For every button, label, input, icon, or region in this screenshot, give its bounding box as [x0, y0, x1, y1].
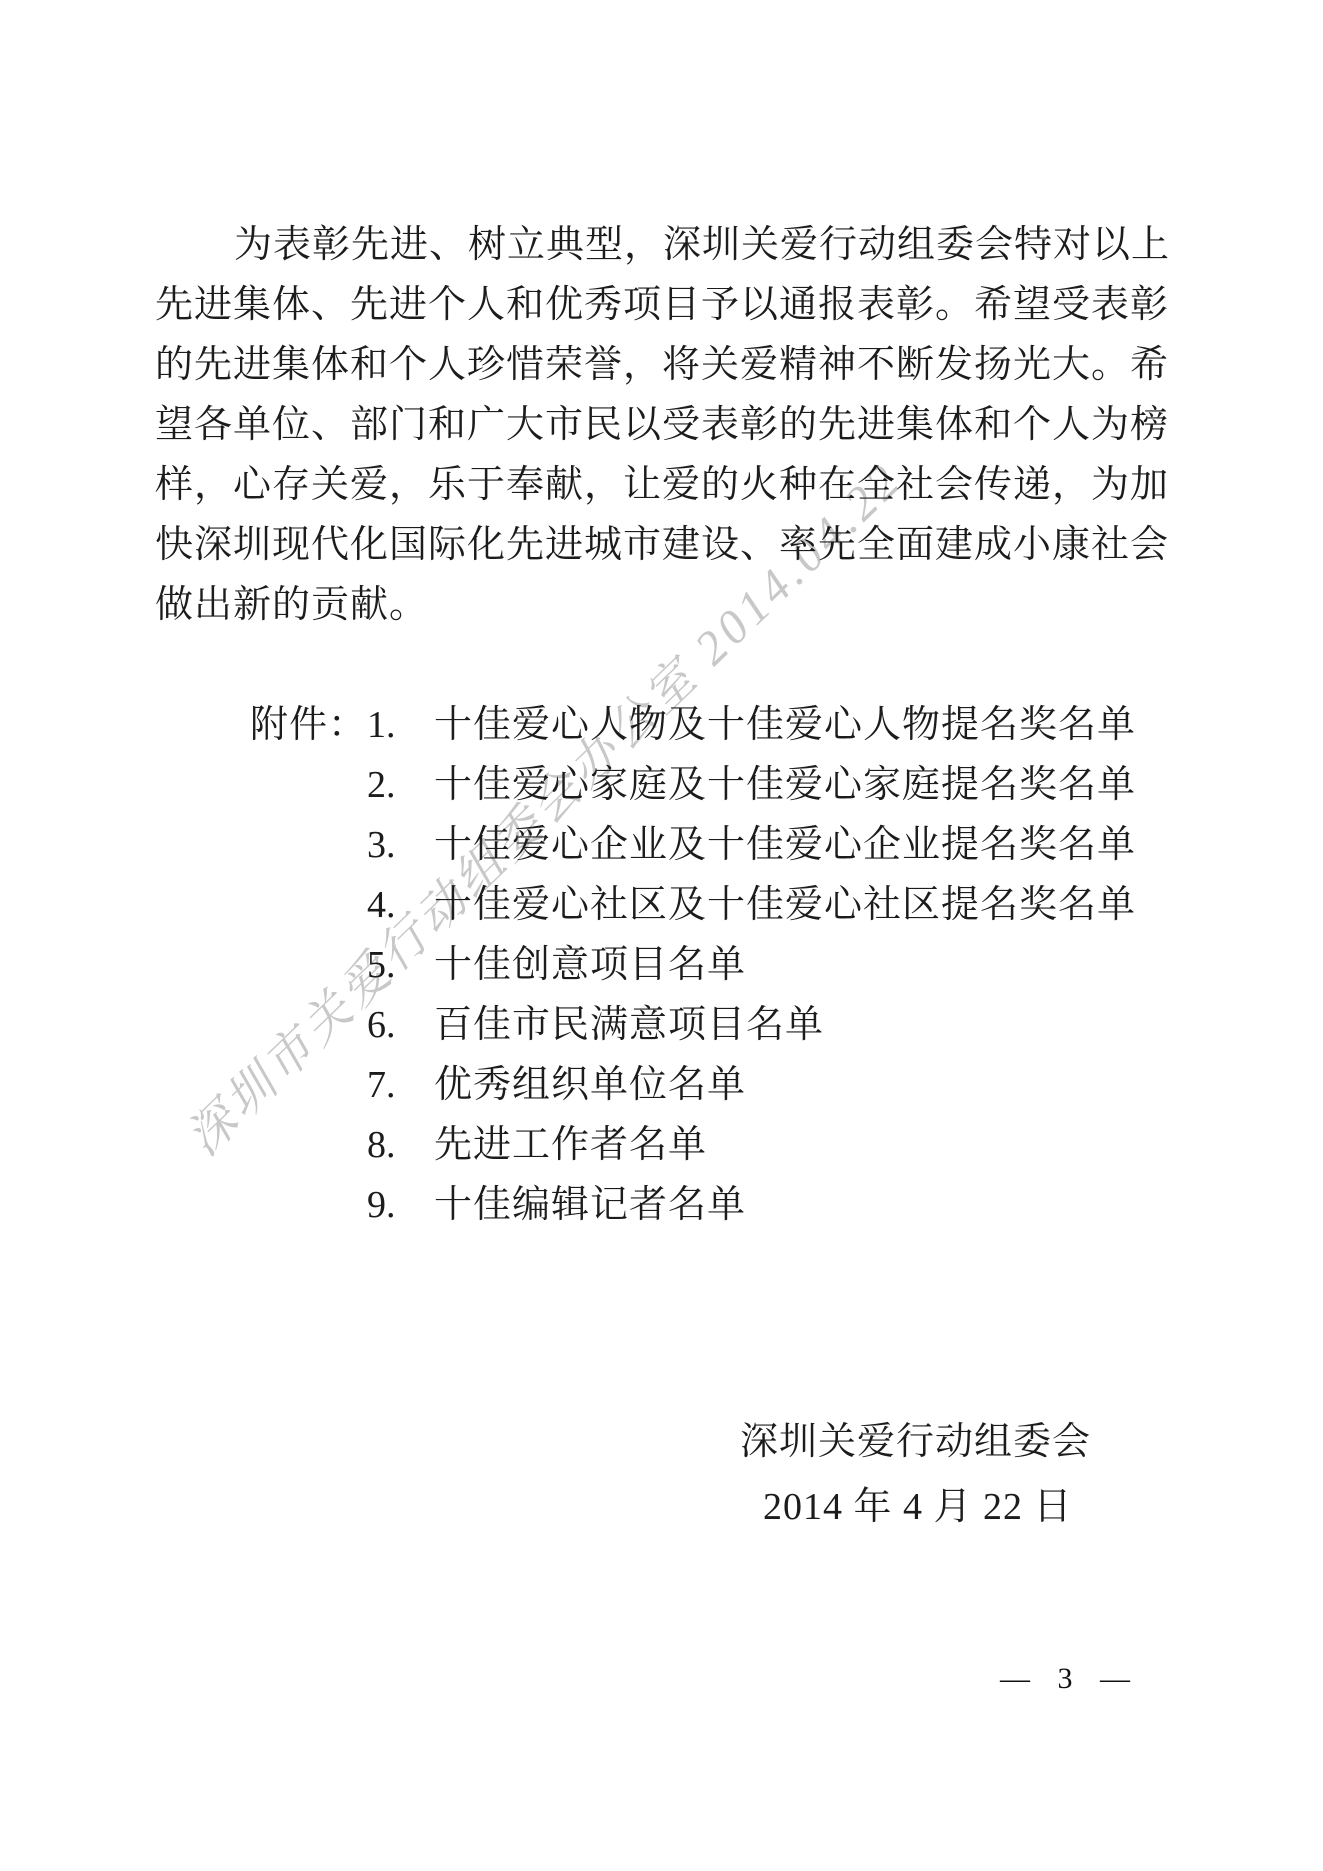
attachment-number: 3.: [367, 815, 434, 875]
attachments-section: 附件： 1.十佳爱心人物及十佳爱心人物提名奖名单 2.十佳爱心家庭及十佳爱心家庭…: [250, 695, 1136, 1235]
paragraph-line: 望各单位、部门和广大市民以受表彰的先进集体和个人为榜: [155, 395, 1170, 455]
attachment-number: 4.: [367, 875, 434, 935]
attachment-title: 百佳市民满意项目名单: [434, 1004, 824, 1046]
paragraph-line: 的先进集体和个人珍惜荣誉，将关爱精神不断发扬光大。希: [155, 335, 1170, 395]
paragraph-line: 快深圳现代化国际化先进城市建设、率先全面建成小康社会: [155, 515, 1170, 575]
paragraph-line: 样，心存关爱，乐于奉献，让爱的火种在全社会传递，为加: [155, 455, 1170, 515]
attachment-title: 十佳爱心企业及十佳爱心企业提名奖名单: [434, 824, 1136, 866]
attachment-title: 十佳创意项目名单: [434, 944, 746, 986]
attachment-title: 十佳编辑记者名单: [434, 1184, 746, 1226]
paragraph-line: 先进集体、先进个人和优秀项目予以通报表彰。希望受表彰: [155, 275, 1170, 335]
attachment-item: 7.优秀组织单位名单: [367, 1055, 1136, 1115]
attachment-item: 6.百佳市民满意项目名单: [367, 995, 1136, 1055]
attachments-label: 附件：: [250, 695, 367, 1235]
attachment-number: 5.: [367, 935, 434, 995]
paragraph-line: 做出新的贡献。: [155, 575, 1170, 635]
attachments-list: 1.十佳爱心人物及十佳爱心人物提名奖名单 2.十佳爱心家庭及十佳爱心家庭提名奖名…: [367, 695, 1136, 1235]
attachment-item: 2.十佳爱心家庭及十佳爱心家庭提名奖名单: [367, 755, 1136, 815]
attachment-title: 先进工作者名单: [434, 1124, 707, 1166]
attachment-title: 优秀组织单位名单: [434, 1064, 746, 1106]
attachment-number: 6.: [367, 995, 434, 1055]
attachment-number: 8.: [367, 1115, 434, 1175]
attachment-item: 4.十佳爱心社区及十佳爱心社区提名奖名单: [367, 875, 1136, 935]
attachment-title: 十佳爱心家庭及十佳爱心家庭提名奖名单: [434, 764, 1136, 806]
attachment-number: 7.: [367, 1055, 434, 1115]
attachment-item: 8.先进工作者名单: [367, 1115, 1136, 1175]
attachment-number: 1.: [367, 695, 434, 755]
attachment-item: 3.十佳爱心企业及十佳爱心企业提名奖名单: [367, 815, 1136, 875]
body-paragraph: 为表彰先进、树立典型，深圳关爱行动组委会特对以上 先进集体、先进个人和优秀项目予…: [155, 215, 1170, 635]
attachment-title: 十佳爱心社区及十佳爱心社区提名奖名单: [434, 884, 1136, 926]
attachment-title: 十佳爱心人物及十佳爱心人物提名奖名单: [434, 704, 1136, 746]
attachment-number: 9.: [367, 1175, 434, 1235]
paragraph-line: 为表彰先进、树立典型，深圳关爱行动组委会特对以上: [155, 215, 1170, 275]
page-number: — 3 —: [1000, 1662, 1134, 1696]
attachment-number: 2.: [367, 755, 434, 815]
signature-date: 2014 年 4 月 22 日: [763, 1477, 1073, 1537]
signature-organization: 深圳关爱行动组委会: [740, 1412, 1091, 1472]
document-page: 深圳市关爱行动组委会办公室 2014.04.22 为表彰先进、树立典型，深圳关爱…: [0, 0, 1323, 1871]
attachment-item: 1.十佳爱心人物及十佳爱心人物提名奖名单: [367, 695, 1136, 755]
attachment-item: 5.十佳创意项目名单: [367, 935, 1136, 995]
attachment-item: 9.十佳编辑记者名单: [367, 1175, 1136, 1235]
